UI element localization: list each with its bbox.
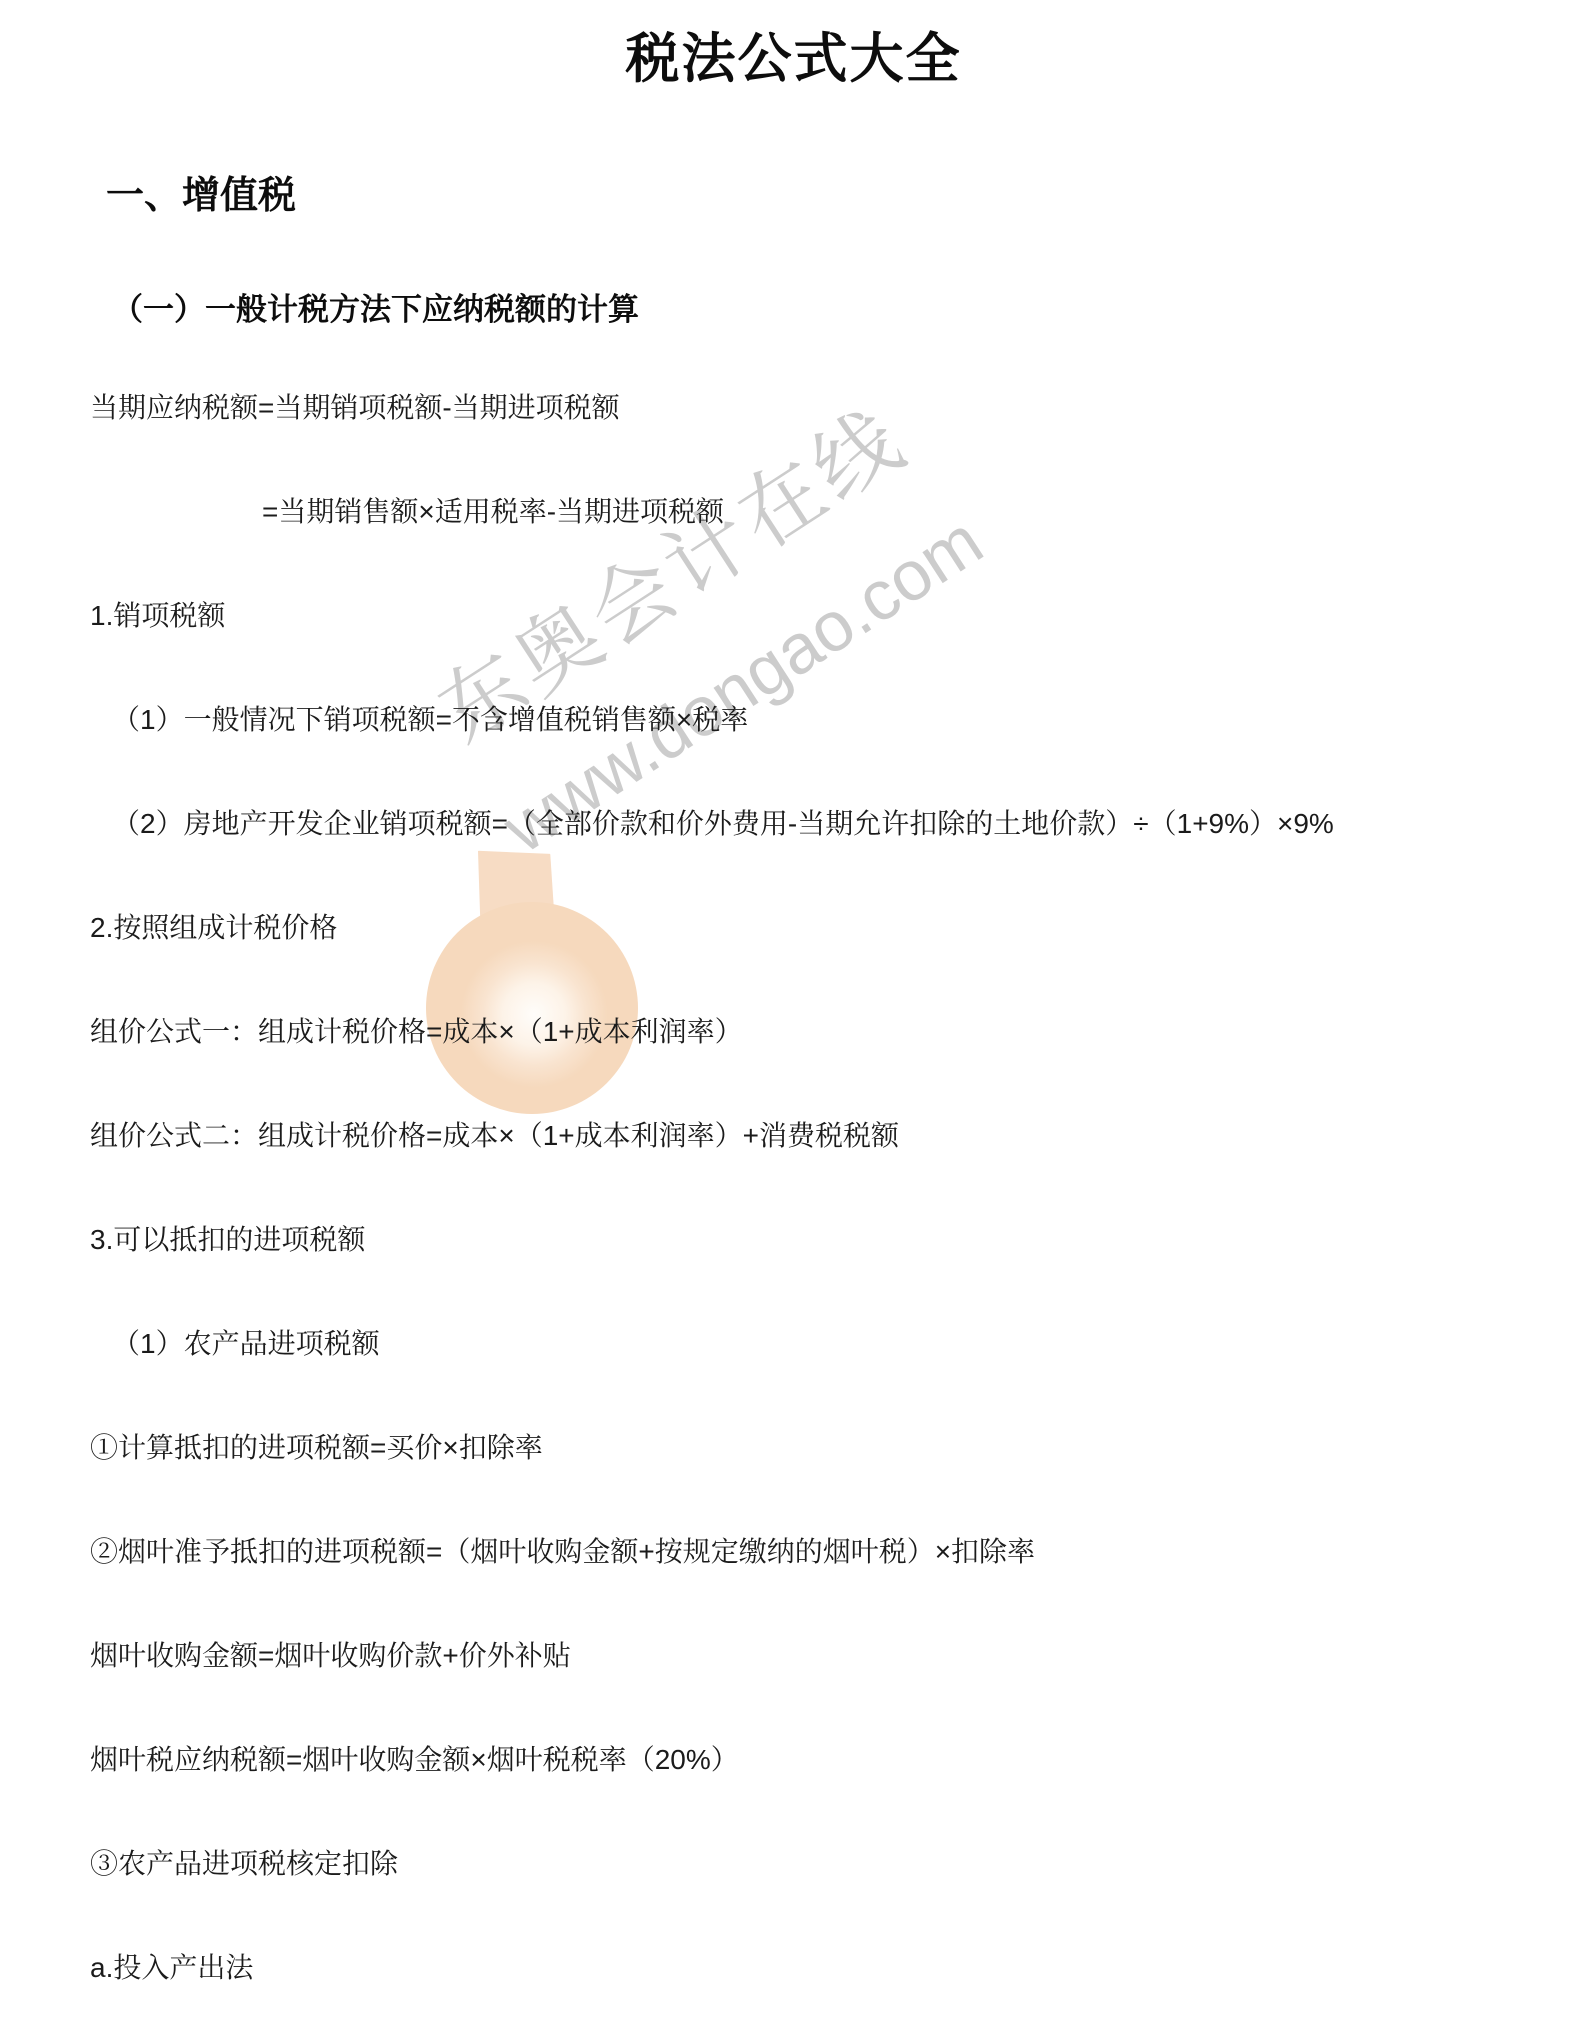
watermark-text-group: 东奥会计在线 www.dongao.com	[401, 367, 1000, 871]
list-item-line: 1.销项税额	[90, 598, 225, 634]
formula-line: 烟叶税应纳税额=烟叶收购金额×烟叶税税率（20%）	[90, 1742, 739, 1778]
formula-line: =当期销售额×适用税率-当期进项税额	[262, 494, 724, 530]
subsection-heading: （一）一般计税方法下应纳税额的计算	[112, 284, 639, 329]
dongao-logo-ring-icon	[426, 902, 638, 1114]
page-title: 税法公式大全	[0, 16, 1587, 93]
formula-line: ②烟叶准予抵扣的进项税额=（烟叶收购金额+按规定缴纳的烟叶税）×扣除率	[90, 1534, 1035, 1570]
list-item-line: 2.按照组成计税价格	[90, 910, 337, 946]
list-item-line: （1）农产品进项税额	[112, 1326, 380, 1362]
formula-line: （2）房地产开发企业销项税额=（全部价款和价外费用-当期允许扣除的土地价款）÷（…	[112, 806, 1334, 842]
list-item-line: 3.可以抵扣的进项税额	[90, 1222, 365, 1258]
document-page: 东奥会计在线 www.dongao.com 税法公式大全 一、增值税 （一）一般…	[0, 0, 1587, 2037]
formula-line: ①计算抵扣的进项税额=买价×扣除率	[90, 1430, 543, 1466]
list-item-line: a.投入产出法	[90, 1950, 253, 1986]
section-heading: 一、增值税	[106, 164, 296, 219]
formula-line: 烟叶收购金额=烟叶收购价款+价外补贴	[90, 1638, 571, 1674]
formula-line: 组价公式一：组成计税价格=成本×（1+成本利润率）	[90, 1014, 743, 1050]
formula-line: 当期应纳税额=当期销项税额-当期进项税额	[90, 390, 620, 426]
list-item-line: ③农产品进项税核定扣除	[90, 1846, 398, 1882]
formula-line: （1）一般情况下销项税额=不含增值税销售额×税率	[112, 702, 748, 738]
formula-line: 组价公式二：组成计税价格=成本×（1+成本利润率）+消费税税额	[90, 1118, 899, 1154]
